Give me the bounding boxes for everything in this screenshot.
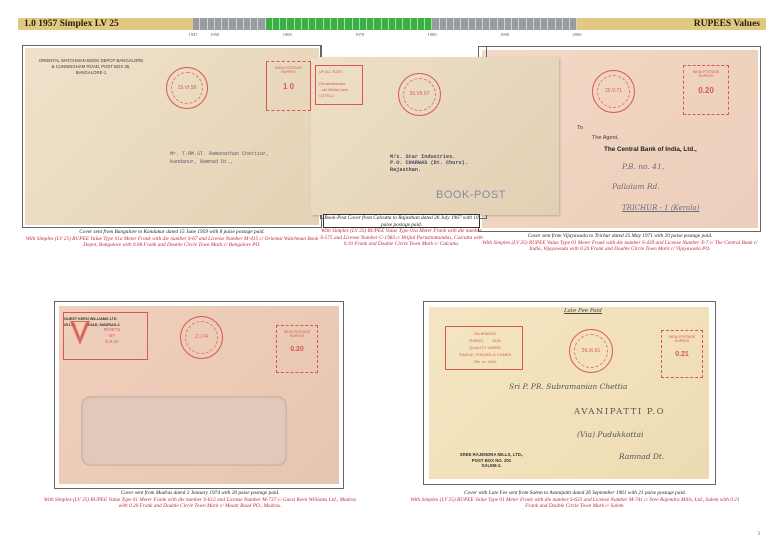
- handwritten-line: Pallalam Rd.: [612, 182, 660, 191]
- timeline-segment: [273, 18, 280, 30]
- caption-5: Cover with Late Fee sent from Salem to A…: [405, 490, 745, 510]
- timeline-segment: [266, 18, 273, 30]
- timeline-segment: [440, 18, 447, 30]
- timeline-segment: [295, 18, 302, 30]
- meter-frank: INDIA POSTAGE RUPEES 0.20: [683, 65, 729, 115]
- timeline-segment: [548, 18, 555, 30]
- timeline-segment: [258, 18, 265, 30]
- timeline-segment: [534, 18, 541, 30]
- timeline-segment: [519, 18, 526, 30]
- timeline-segment: [483, 18, 490, 30]
- timeline-segment: [215, 18, 222, 30]
- timeline-segment: [570, 18, 577, 30]
- advert-cachet: RAJENDRA RISING SUN QUALITY YARNS SINGLE…: [445, 326, 523, 370]
- envelope-1: ORIENTAL WATCHMAN BOOK DEPOT BANGALORE &…: [25, 48, 319, 225]
- timeline-segment: [367, 18, 374, 30]
- envelope-4: GUEST KEEN WILLIAMS LTD 201 MOUNT ROAD, …: [59, 306, 339, 484]
- timeline-segment: [338, 18, 345, 30]
- timeline-segment: [302, 18, 309, 30]
- bank-name: The Central Bank of India, Ltd.,: [604, 146, 697, 153]
- handwritten-line: P.B. no. 41,: [622, 162, 664, 171]
- timeline-segment: [505, 18, 512, 30]
- handwritten-line: (Via) Pudukkottai: [577, 430, 643, 439]
- timeline-segment: [316, 18, 323, 30]
- sender-cachet: UP ALL SIZES ... Parushottamdas ...rah M…: [315, 65, 363, 105]
- timeline-ticks: 1947195019601970198019902000: [0, 32, 768, 40]
- timeline-segment: [345, 18, 352, 30]
- timeline-segment: [251, 18, 258, 30]
- timeline-segment: [556, 18, 563, 30]
- timeline-segment: [287, 18, 294, 30]
- caption-4: Cover sent from Madras dated 2 January 1…: [40, 490, 360, 510]
- timeline-segment: [200, 18, 207, 30]
- timeline-segment: [432, 18, 439, 30]
- timeline-segment: [382, 18, 389, 30]
- timeline-segment: [512, 18, 519, 30]
- timeline-tick-label: 2000: [573, 32, 582, 37]
- timeline-tick-label: 1980: [428, 32, 437, 37]
- address-line: The Agent,: [592, 135, 619, 141]
- caption-3: Cover sent from Vijayawada to Trichur da…: [476, 233, 764, 253]
- late-fee-note: Late Fee Paid: [564, 308, 602, 314]
- timeline-segment: [222, 18, 229, 30]
- timeline-segment: [389, 18, 396, 30]
- timeline-segment: [498, 18, 505, 30]
- timeline-segment: [374, 18, 381, 30]
- section-title: RUPEES Values: [694, 18, 760, 30]
- timeline-segment: [309, 18, 316, 30]
- timeline-segment: [353, 18, 360, 30]
- sender-address: SREE RAJENDRA MILLS, LTD., POST BOX NO. …: [449, 452, 534, 469]
- timeline-segment: [280, 18, 287, 30]
- timeline-tick-label: 1950: [210, 32, 219, 37]
- timeline-segment: [208, 18, 215, 30]
- timeline-segment: [490, 18, 497, 30]
- timeline-segment: [425, 18, 432, 30]
- timeline-segment: [403, 18, 410, 30]
- sender-cachet: GUEST KEEN WILLIAMS LTD 201 MOUNT ROAD, …: [63, 312, 148, 360]
- postmark: 15.VI.59: [166, 67, 208, 109]
- timeline-segment: [193, 18, 200, 30]
- timeline-segment: [454, 18, 461, 30]
- handwritten-line: Sri P. PR. Subramanian Chettia: [509, 382, 628, 391]
- page-title: 1.0 1957 Simplex LV 25: [24, 18, 119, 30]
- caption-1: Cover sent from Bangalore to Kandanur da…: [22, 229, 322, 249]
- timeline-segment: [541, 18, 548, 30]
- meter-frank: INDIA POSTAGE RUPEES 0.20: [276, 325, 318, 373]
- book-post-stamp: BOOK-POST: [436, 189, 506, 201]
- to-label: To: [577, 125, 583, 131]
- caption-2: Book-Post Cover from Calcutta to Rajasth…: [320, 215, 483, 248]
- timeline-segment: [360, 18, 367, 30]
- postmark: 26.VII.67: [398, 73, 441, 116]
- timeline-segment: [396, 18, 403, 30]
- timeline-segment: [244, 18, 251, 30]
- timeline-segment: [447, 18, 454, 30]
- timeline-tick-label: 1947: [189, 32, 198, 37]
- meter-frank: INDIA POSTAGE RUPEES 0.21: [661, 330, 703, 378]
- timeline-segment: [563, 18, 570, 30]
- postmark: 2.I.74: [180, 316, 223, 359]
- cover-frame-2: UP ALL SIZES ... Parushottamdas ...rah M…: [309, 55, 497, 213]
- postmark: 26.IX.61: [569, 329, 613, 373]
- cover-frame-1: ORIENTAL WATCHMAN BOOK DEPOT BANGALORE &…: [22, 45, 322, 228]
- timeline-tick-label: 1990: [500, 32, 509, 37]
- handwritten-line: Ramnad Dt.: [619, 452, 664, 461]
- timeline-segment: [469, 18, 476, 30]
- timeline-tick-label: 1960: [283, 32, 292, 37]
- handwritten-line: AVANIPATTI P.O: [574, 407, 665, 417]
- header-title-band: 1.0 1957 Simplex LV 25: [18, 18, 193, 30]
- timeline-bar: [193, 18, 577, 30]
- timeline-segment: [476, 18, 483, 30]
- timeline-tick-label: 1970: [355, 32, 364, 37]
- timeline-segment: [229, 18, 236, 30]
- meter-frank: INDIA POSTAGE RUPEES 1 0: [266, 61, 311, 111]
- cover-frame-5: Late Fee Paid RAJENDRA RISING SUN QUALIT…: [423, 301, 716, 485]
- envelope-5: Late Fee Paid RAJENDRA RISING SUN QUALIT…: [429, 307, 709, 479]
- envelope-2: UP ALL SIZES ... Parushottamdas ...rah M…: [311, 57, 559, 215]
- timeline-segment: [418, 18, 425, 30]
- timeline-segment: [461, 18, 468, 30]
- ad-text: RIVETS BY G.K.W.: [104, 327, 120, 345]
- timeline-segment: [324, 18, 331, 30]
- recipient-address: Mr. T.RM.ST. Ramanathan Chettiar, Kandan…: [170, 150, 269, 166]
- timeline-segment: [237, 18, 244, 30]
- page-number: 3: [758, 532, 761, 537]
- header-right-band: RUPEES Values: [577, 18, 766, 30]
- timeline-segment: [331, 18, 338, 30]
- timeline-segment: [411, 18, 418, 30]
- address-window: [81, 396, 287, 466]
- sender-address: ORIENTAL WATCHMAN BOOK DEPOT BANGALORE &…: [31, 58, 151, 76]
- recipient-address: M/s. Star Industries. P.O. CHARWAS (Dt. …: [390, 154, 468, 173]
- cover-frame-4: GUEST KEEN WILLIAMS LTD 201 MOUNT ROAD, …: [54, 301, 344, 489]
- handwritten-line: TRICHUR - 1 (Kerala): [622, 204, 699, 212]
- timeline-segment: [527, 18, 534, 30]
- postmark: 25.V.71: [592, 70, 635, 113]
